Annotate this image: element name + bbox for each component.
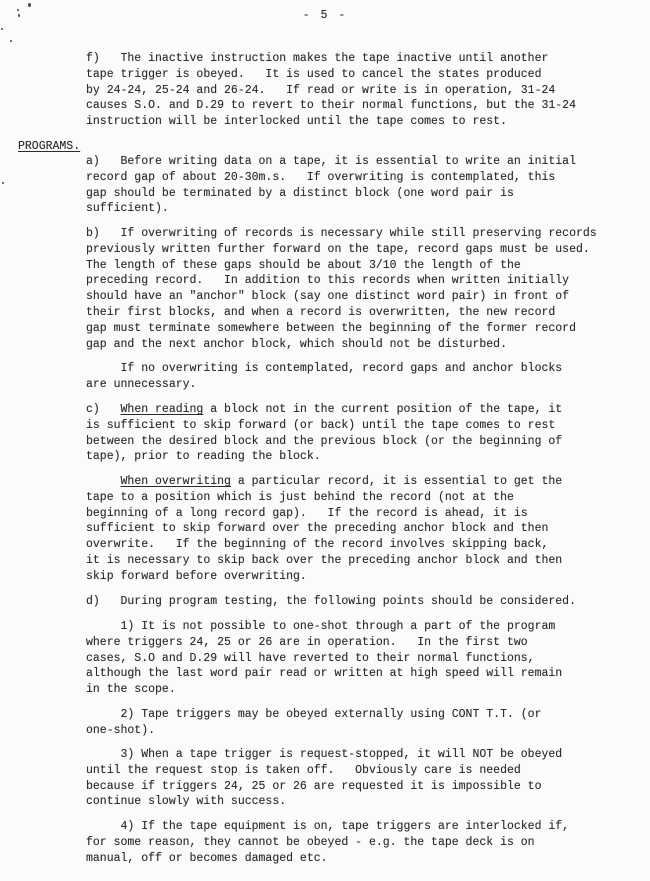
list-item-2: 2) Tape triggers may be obeyed externall…: [86, 707, 541, 739]
scan-speck: [10, 40, 12, 42]
paragraph-overwriting-prefix: [86, 475, 121, 488]
paragraph-overwriting: When overwriting a particular record, it…: [86, 474, 562, 585]
paragraph-overwriting-underlined-phrase: When overwriting: [121, 475, 231, 488]
scan-speck: [1, 28, 3, 30]
paragraph-d: d) During program testing, the following…: [86, 594, 576, 610]
list-item-1: 1) It is not possible to one-shot throug…: [86, 619, 562, 698]
paragraph-c: c) When reading a block not in the curre…: [86, 402, 562, 465]
paragraph-f: f) The inactive instruction makes the ta…: [86, 51, 576, 130]
paragraph-c-prefix: c): [86, 403, 121, 416]
paragraph-a: a) Before writing data on a tape, it is …: [86, 154, 576, 217]
section-heading-programs: PROGRAMS.: [18, 139, 80, 155]
paragraph-c-underlined-phrase: When reading: [121, 403, 204, 416]
paragraph-no-overwrite: If no overwriting is contemplated, recor…: [86, 361, 562, 393]
scan-speck: [2, 182, 4, 184]
list-item-4: 4) If the tape equipment is on, tape tri…: [86, 819, 569, 866]
document-page: - 5 - f) The inactive instruction makes …: [0, 0, 650, 881]
paragraph-b: b) If overwriting of records is necessar…: [86, 226, 597, 352]
paragraph-overwriting-body: a particular record, it is essential to …: [86, 475, 562, 583]
page-number: - 5 -: [0, 8, 650, 24]
list-item-3: 3) When a tape trigger is request-stoppe…: [86, 747, 562, 810]
scan-speck: [28, 3, 31, 7]
